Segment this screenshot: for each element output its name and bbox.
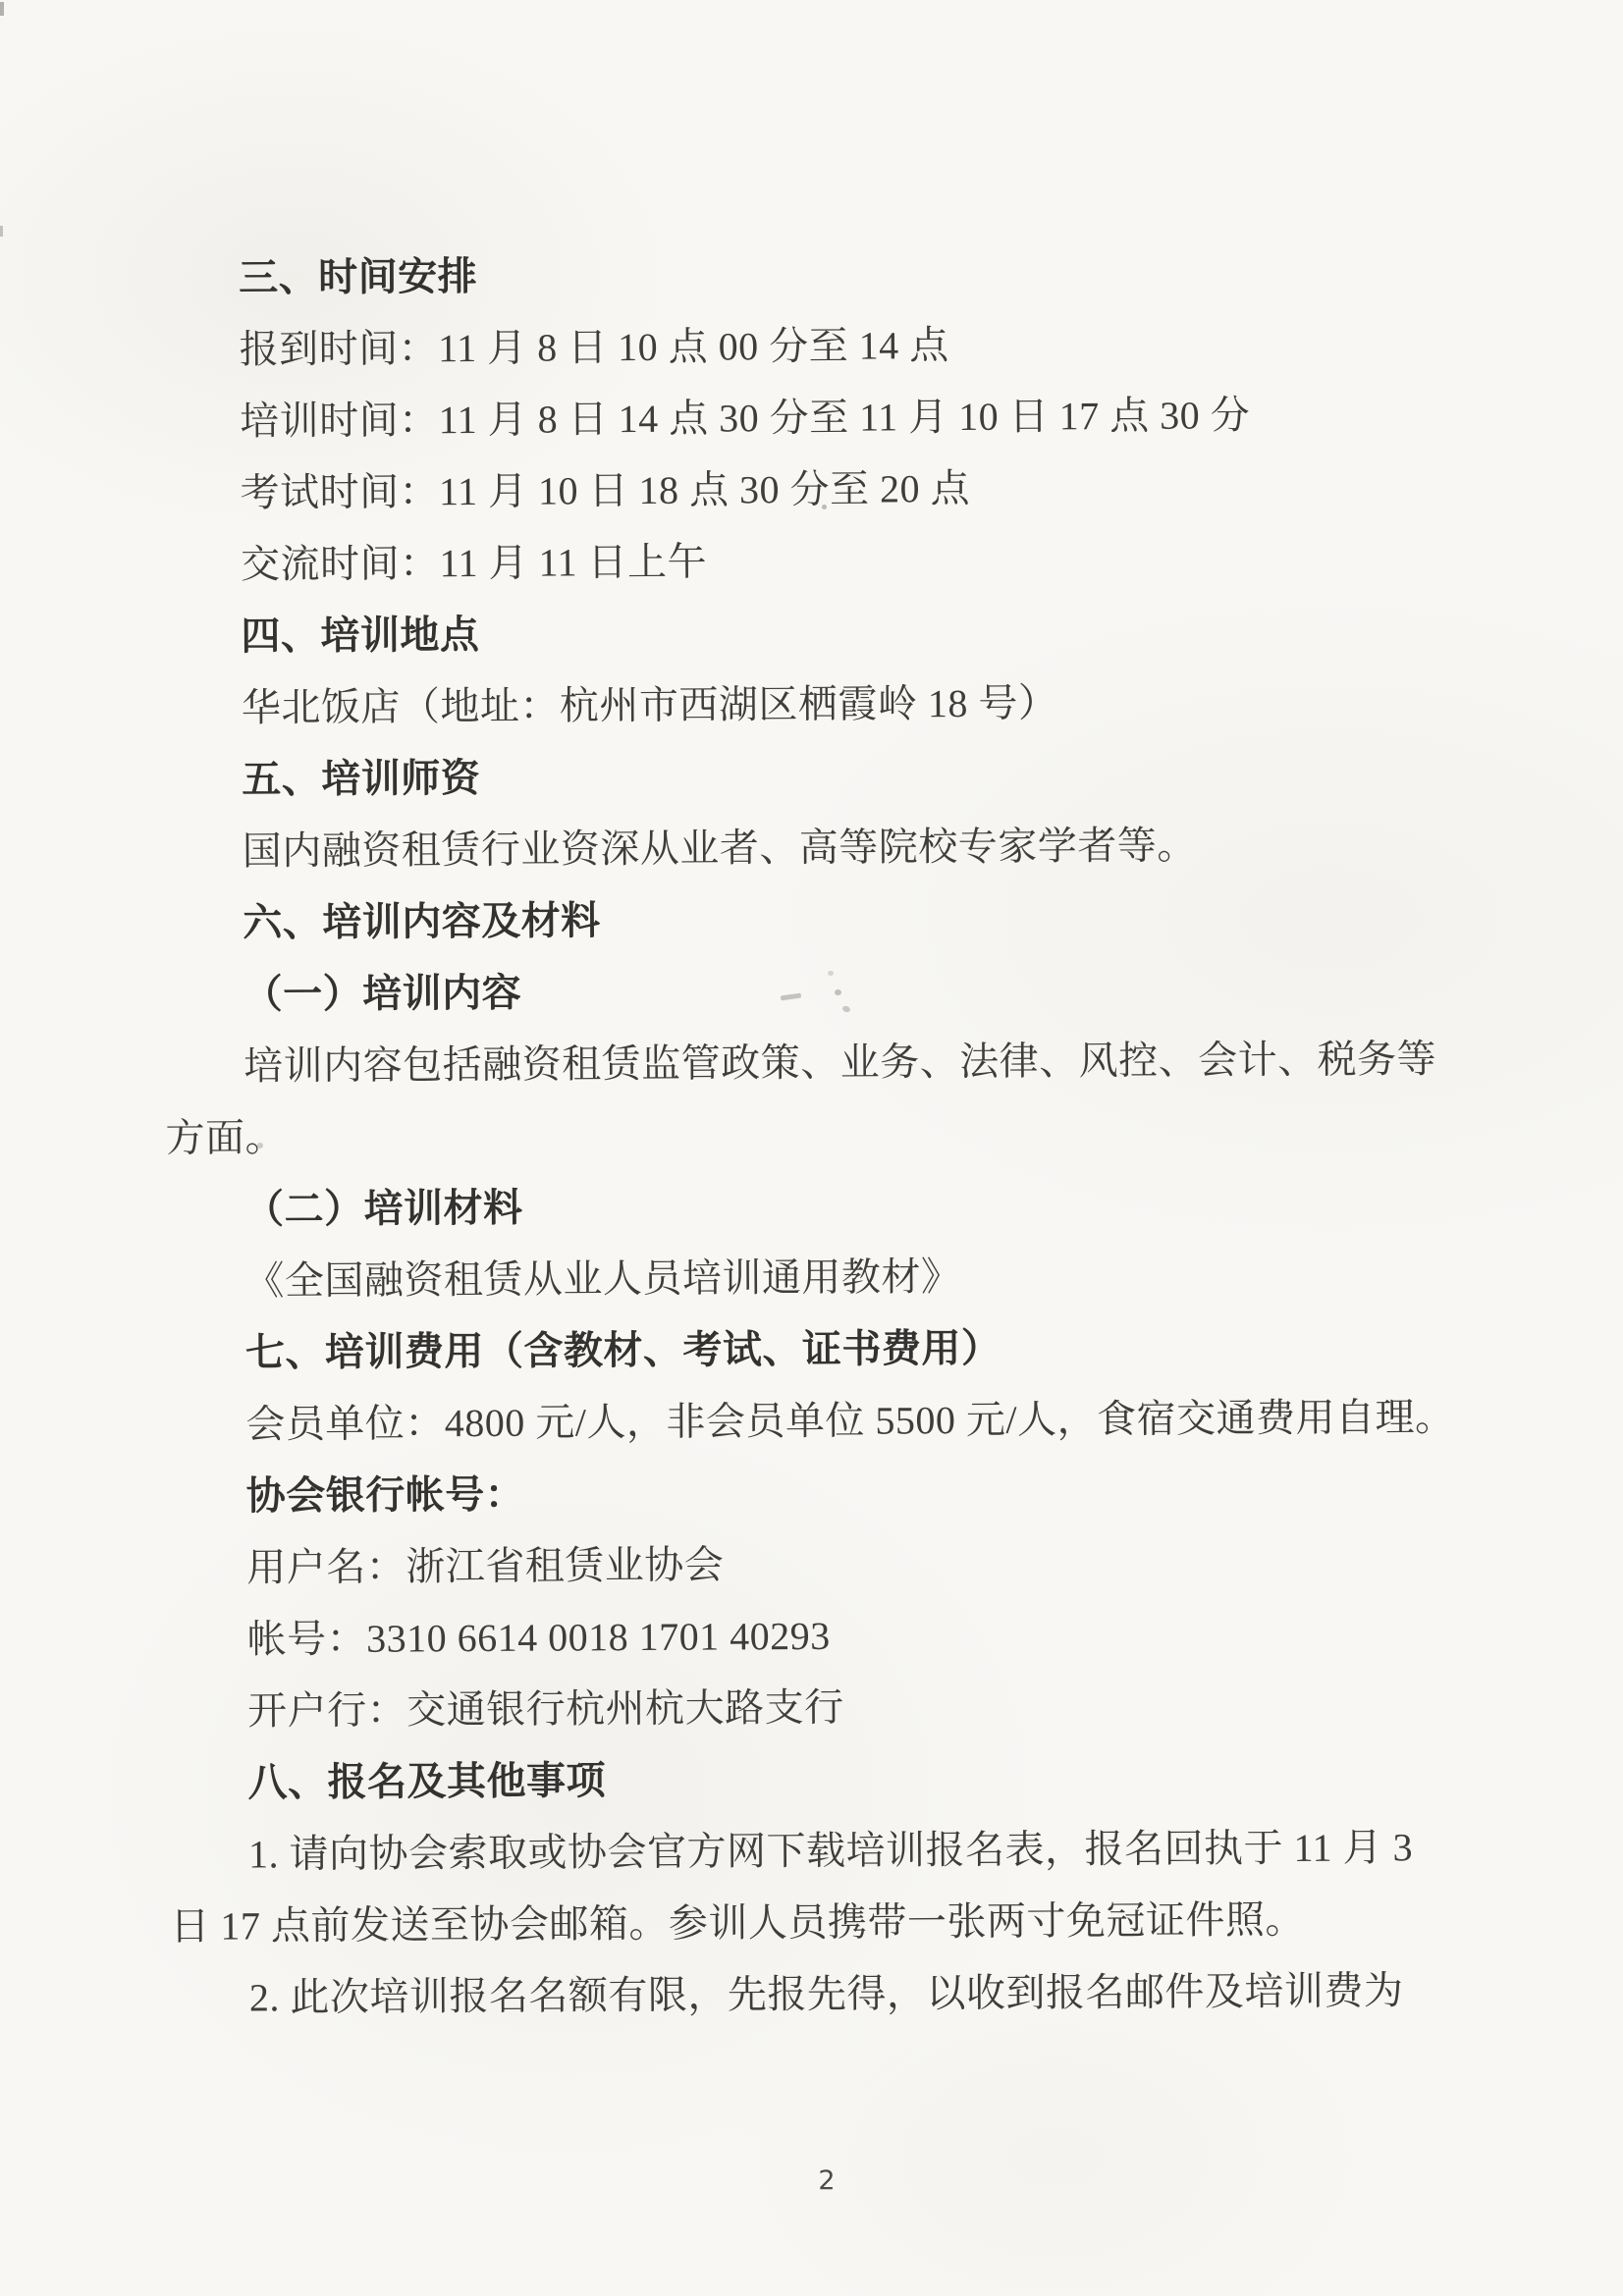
body-line: 日 17 点前发送至协会邮箱。参训人员携带一张两寸免冠证件照。 <box>170 1883 1478 1962</box>
body-line: 培训内容包括融资租赁监管政策、业务、法律、风控、会计、税务等 <box>165 1023 1473 1102</box>
body-line: 交流时间：11 月 11 日上午 <box>162 521 1470 601</box>
body-line: 报到时间：11 月 8 日 10 点 00 分至 14 点 <box>160 306 1468 386</box>
scan-speck <box>0 2 4 16</box>
body-line: 方面。 <box>165 1095 1473 1174</box>
heading-line: 四、培训地点 <box>162 593 1470 672</box>
body-line: 开户行：交通银行杭州杭大路支行 <box>169 1668 1477 1747</box>
body-line: 《全国融资租赁从业人员培训通用教材》 <box>166 1238 1474 1317</box>
page-number: 2 <box>805 2165 848 2196</box>
heading-line: 五、培训师资 <box>163 736 1471 816</box>
scan-smudge <box>781 967 864 1018</box>
document-body: 三、时间安排报到时间：11 月 8 日 10 点 00 分至 14 点培训时间：… <box>160 235 1479 2034</box>
scan-speck <box>0 226 3 237</box>
heading-line: 八、报名及其他事项 <box>169 1739 1477 1819</box>
scan-smudge-mark <box>841 1005 851 1013</box>
body-line: 1. 请向协会索取或协会官方网下载培训报名表，报名回执于 11 月 3 <box>170 1811 1478 1891</box>
body-line: 国内融资租赁行业资深从业者、高等院校专家学者等。 <box>164 808 1472 887</box>
body-line: 2. 此次培训报名名额有限，先报先得，以收到报名邮件及培训费为 <box>171 1954 1479 2034</box>
scan-smudge-mark <box>828 971 834 976</box>
heading-line: 三、时间安排 <box>160 235 1468 314</box>
scan-smudge-mark <box>781 993 801 1001</box>
body-line: 会员单位：4800 元/人，非会员单位 5500 元/人，食宿交通费用自理。 <box>167 1381 1475 1461</box>
scan-smudge-mark <box>835 989 841 995</box>
body-line: 帐号：3310 6614 0018 1701 40293 <box>168 1596 1476 1676</box>
heading-line: （二）培训材料 <box>166 1166 1474 1246</box>
heading-line: 协会银行帐号： <box>168 1453 1476 1532</box>
scanned-page: 三、时间安排报到时间：11 月 8 日 10 点 00 分至 14 点培训时间：… <box>0 0 1623 2296</box>
body-line: 考试时间：11 月 10 日 18 点 30 分至 20 点 <box>161 450 1469 529</box>
scan-speck <box>822 505 827 509</box>
scan-speck <box>257 1143 263 1148</box>
body-line: 培训时间：11 月 8 日 14 点 30 分至 11 月 10 日 17 点 … <box>161 378 1469 457</box>
heading-line: 六、培训内容及材料 <box>164 880 1472 959</box>
body-line: 华北饭店（地址：杭州市西湖区栖霞岭 18 号） <box>163 665 1471 744</box>
heading-line: 七、培训费用（含教材、考试、证书费用） <box>167 1309 1475 1389</box>
body-line: 用户名：浙江省租赁业协会 <box>168 1524 1476 1604</box>
